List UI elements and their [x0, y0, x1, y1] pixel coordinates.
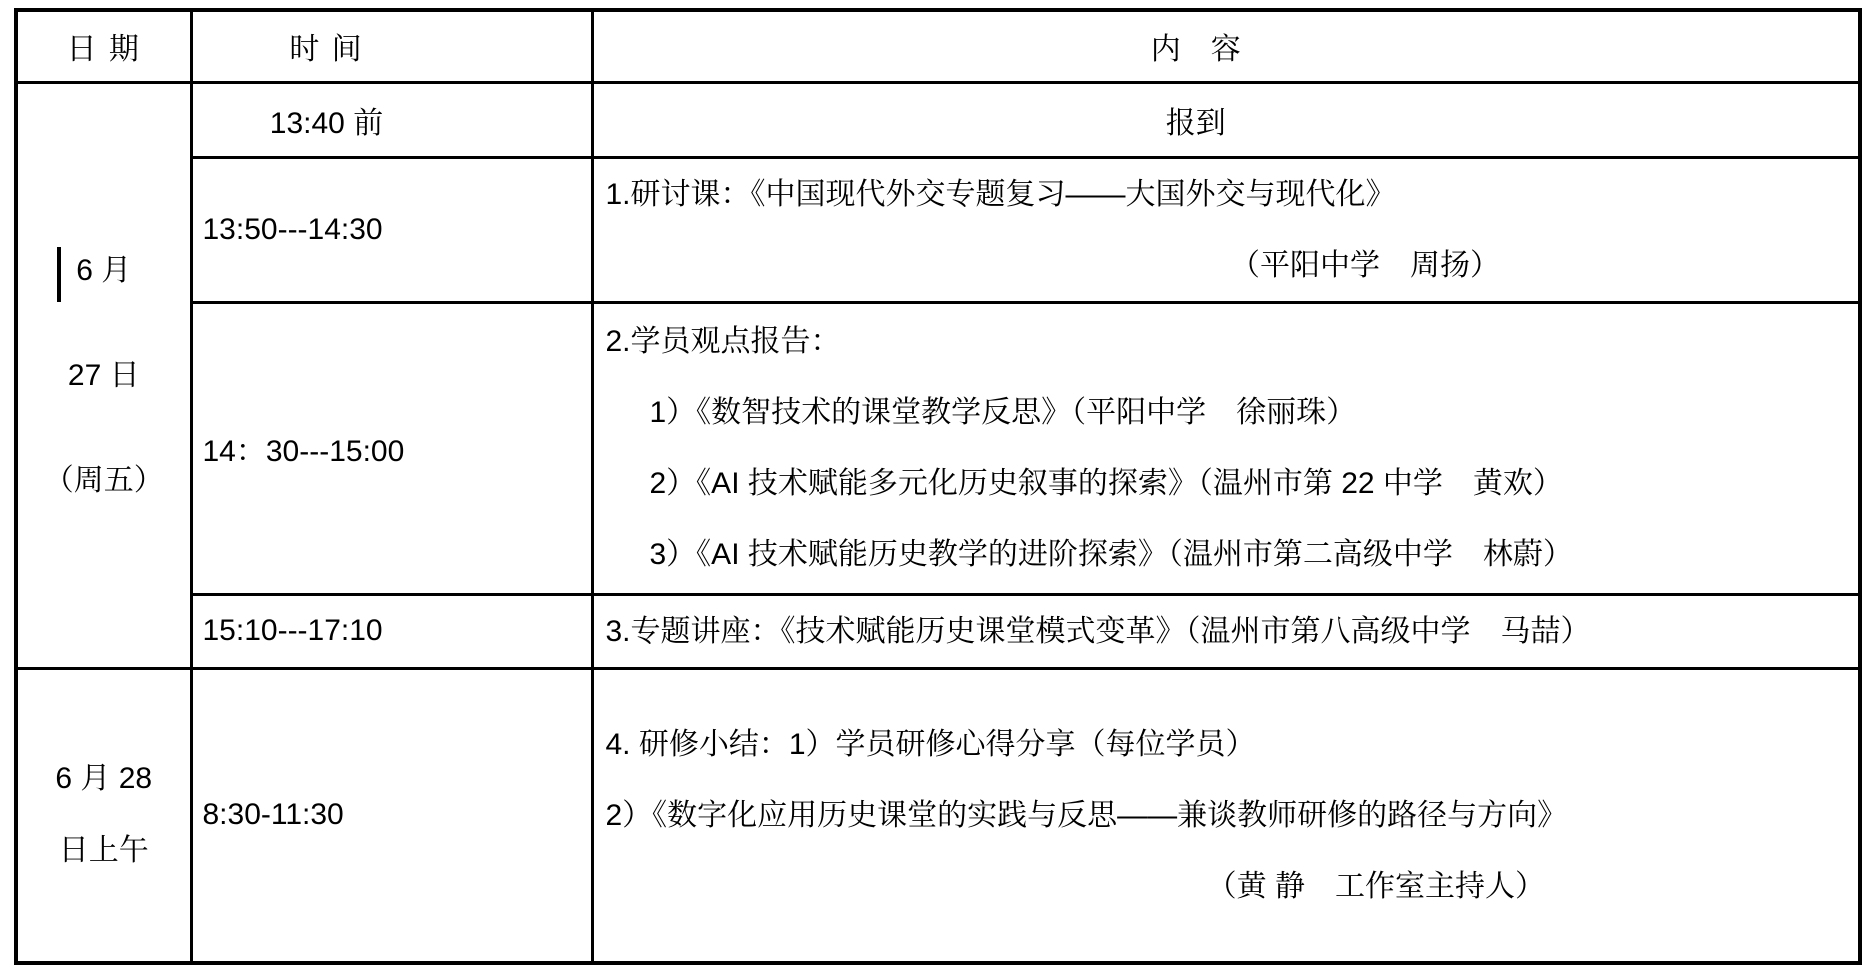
- header-content[interactable]: 内 容: [592, 10, 1860, 82]
- time-cell-summary[interactable]: 8:30-11:30: [191, 668, 592, 963]
- date-line-month: 6 月: [18, 218, 190, 323]
- row-reports: 14：30---15:00 2.学员观点报告： 1）《数智技术的课堂教学反思》（…: [16, 302, 1860, 594]
- content-cell-lecture[interactable]: 3.专题讲座：《技术赋能历史课堂模式变革》（温州市第八高级中学 马喆）: [592, 594, 1860, 668]
- date-cell-jun28[interactable]: 6 月 28 日上午: [16, 668, 191, 963]
- seminar-presenter: （平阳中学 周扬）: [594, 230, 1859, 301]
- time-cell-lecture[interactable]: 15:10---17:10: [191, 594, 592, 668]
- summary-line-1: 4. 研修小结：1）学员研修心得分享（每位学员）: [594, 709, 1859, 780]
- table-header-row: 日 期 时 间 内 容: [16, 10, 1860, 82]
- content-cell-seminar[interactable]: 1.研讨课：《中国现代外交专题复习——大国外交与现代化》 （平阳中学 周扬）: [592, 157, 1860, 302]
- reports-item-2: 2）《AI 技术赋能多元化历史叙事的探索》（温州市第 22 中学 黄欢）: [594, 448, 1859, 519]
- reports-item-3: 3）《AI 技术赋能历史教学的进阶探索》（温州市第二高级中学 林蔚）: [594, 519, 1859, 590]
- text-cursor-caret: [57, 247, 61, 302]
- row-seminar: 13:50---14:30 1.研讨课：《中国现代外交专题复习——大国外交与现代…: [16, 157, 1860, 302]
- header-date[interactable]: 日 期: [16, 10, 191, 82]
- schedule-table: 日 期 时 间 内 容 6 月 27 日 （周五） 13:40 前 报到 13:…: [14, 8, 1862, 965]
- date-line-weekday: （周五）: [18, 428, 190, 533]
- document-page: 日 期 时 间 内 容 6 月 27 日 （周五） 13:40 前 报到 13:…: [0, 0, 1872, 968]
- date-line-month-day: 6 月 28: [18, 743, 190, 815]
- summary-host: （黄 静 工作室主持人）: [594, 851, 1859, 922]
- content-cell-checkin[interactable]: 报到: [592, 82, 1860, 157]
- date-line-day: 27 日: [18, 323, 190, 428]
- row-lecture: 15:10---17:10 3.专题讲座：《技术赋能历史课堂模式变革》（温州市第…: [16, 594, 1860, 668]
- time-cell-checkin[interactable]: 13:40 前: [191, 82, 592, 157]
- content-cell-reports[interactable]: 2.学员观点报告： 1）《数智技术的课堂教学反思》（平阳中学 徐丽珠） 2）《A…: [592, 302, 1860, 594]
- summary-line-2: 2）《数字化应用历史课堂的实践与反思——兼谈教师研修的路径与方向》: [594, 780, 1859, 851]
- seminar-title: 1.研讨课：《中国现代外交专题复习——大国外交与现代化》: [594, 159, 1859, 230]
- date-line-morning: 日上午: [18, 815, 190, 887]
- time-cell-reports[interactable]: 14：30---15:00: [191, 302, 592, 594]
- header-time[interactable]: 时 间: [191, 10, 592, 82]
- row-checkin: 6 月 27 日 （周五） 13:40 前 报到: [16, 82, 1860, 157]
- lecture-text: 3.专题讲座：《技术赋能历史课堂模式变革》（温州市第八高级中学 马喆）: [594, 596, 1859, 667]
- row-summary: 6 月 28 日上午 8:30-11:30 4. 研修小结：1）学员研修心得分享…: [16, 668, 1860, 963]
- date-cell-jun27[interactable]: 6 月 27 日 （周五）: [16, 82, 191, 668]
- content-cell-summary[interactable]: 4. 研修小结：1）学员研修心得分享（每位学员） 2）《数字化应用历史课堂的实践…: [592, 668, 1860, 963]
- reports-item-1: 1）《数智技术的课堂教学反思》（平阳中学 徐丽珠）: [594, 377, 1859, 448]
- reports-heading: 2.学员观点报告：: [594, 306, 1859, 377]
- time-cell-seminar[interactable]: 13:50---14:30: [191, 157, 592, 302]
